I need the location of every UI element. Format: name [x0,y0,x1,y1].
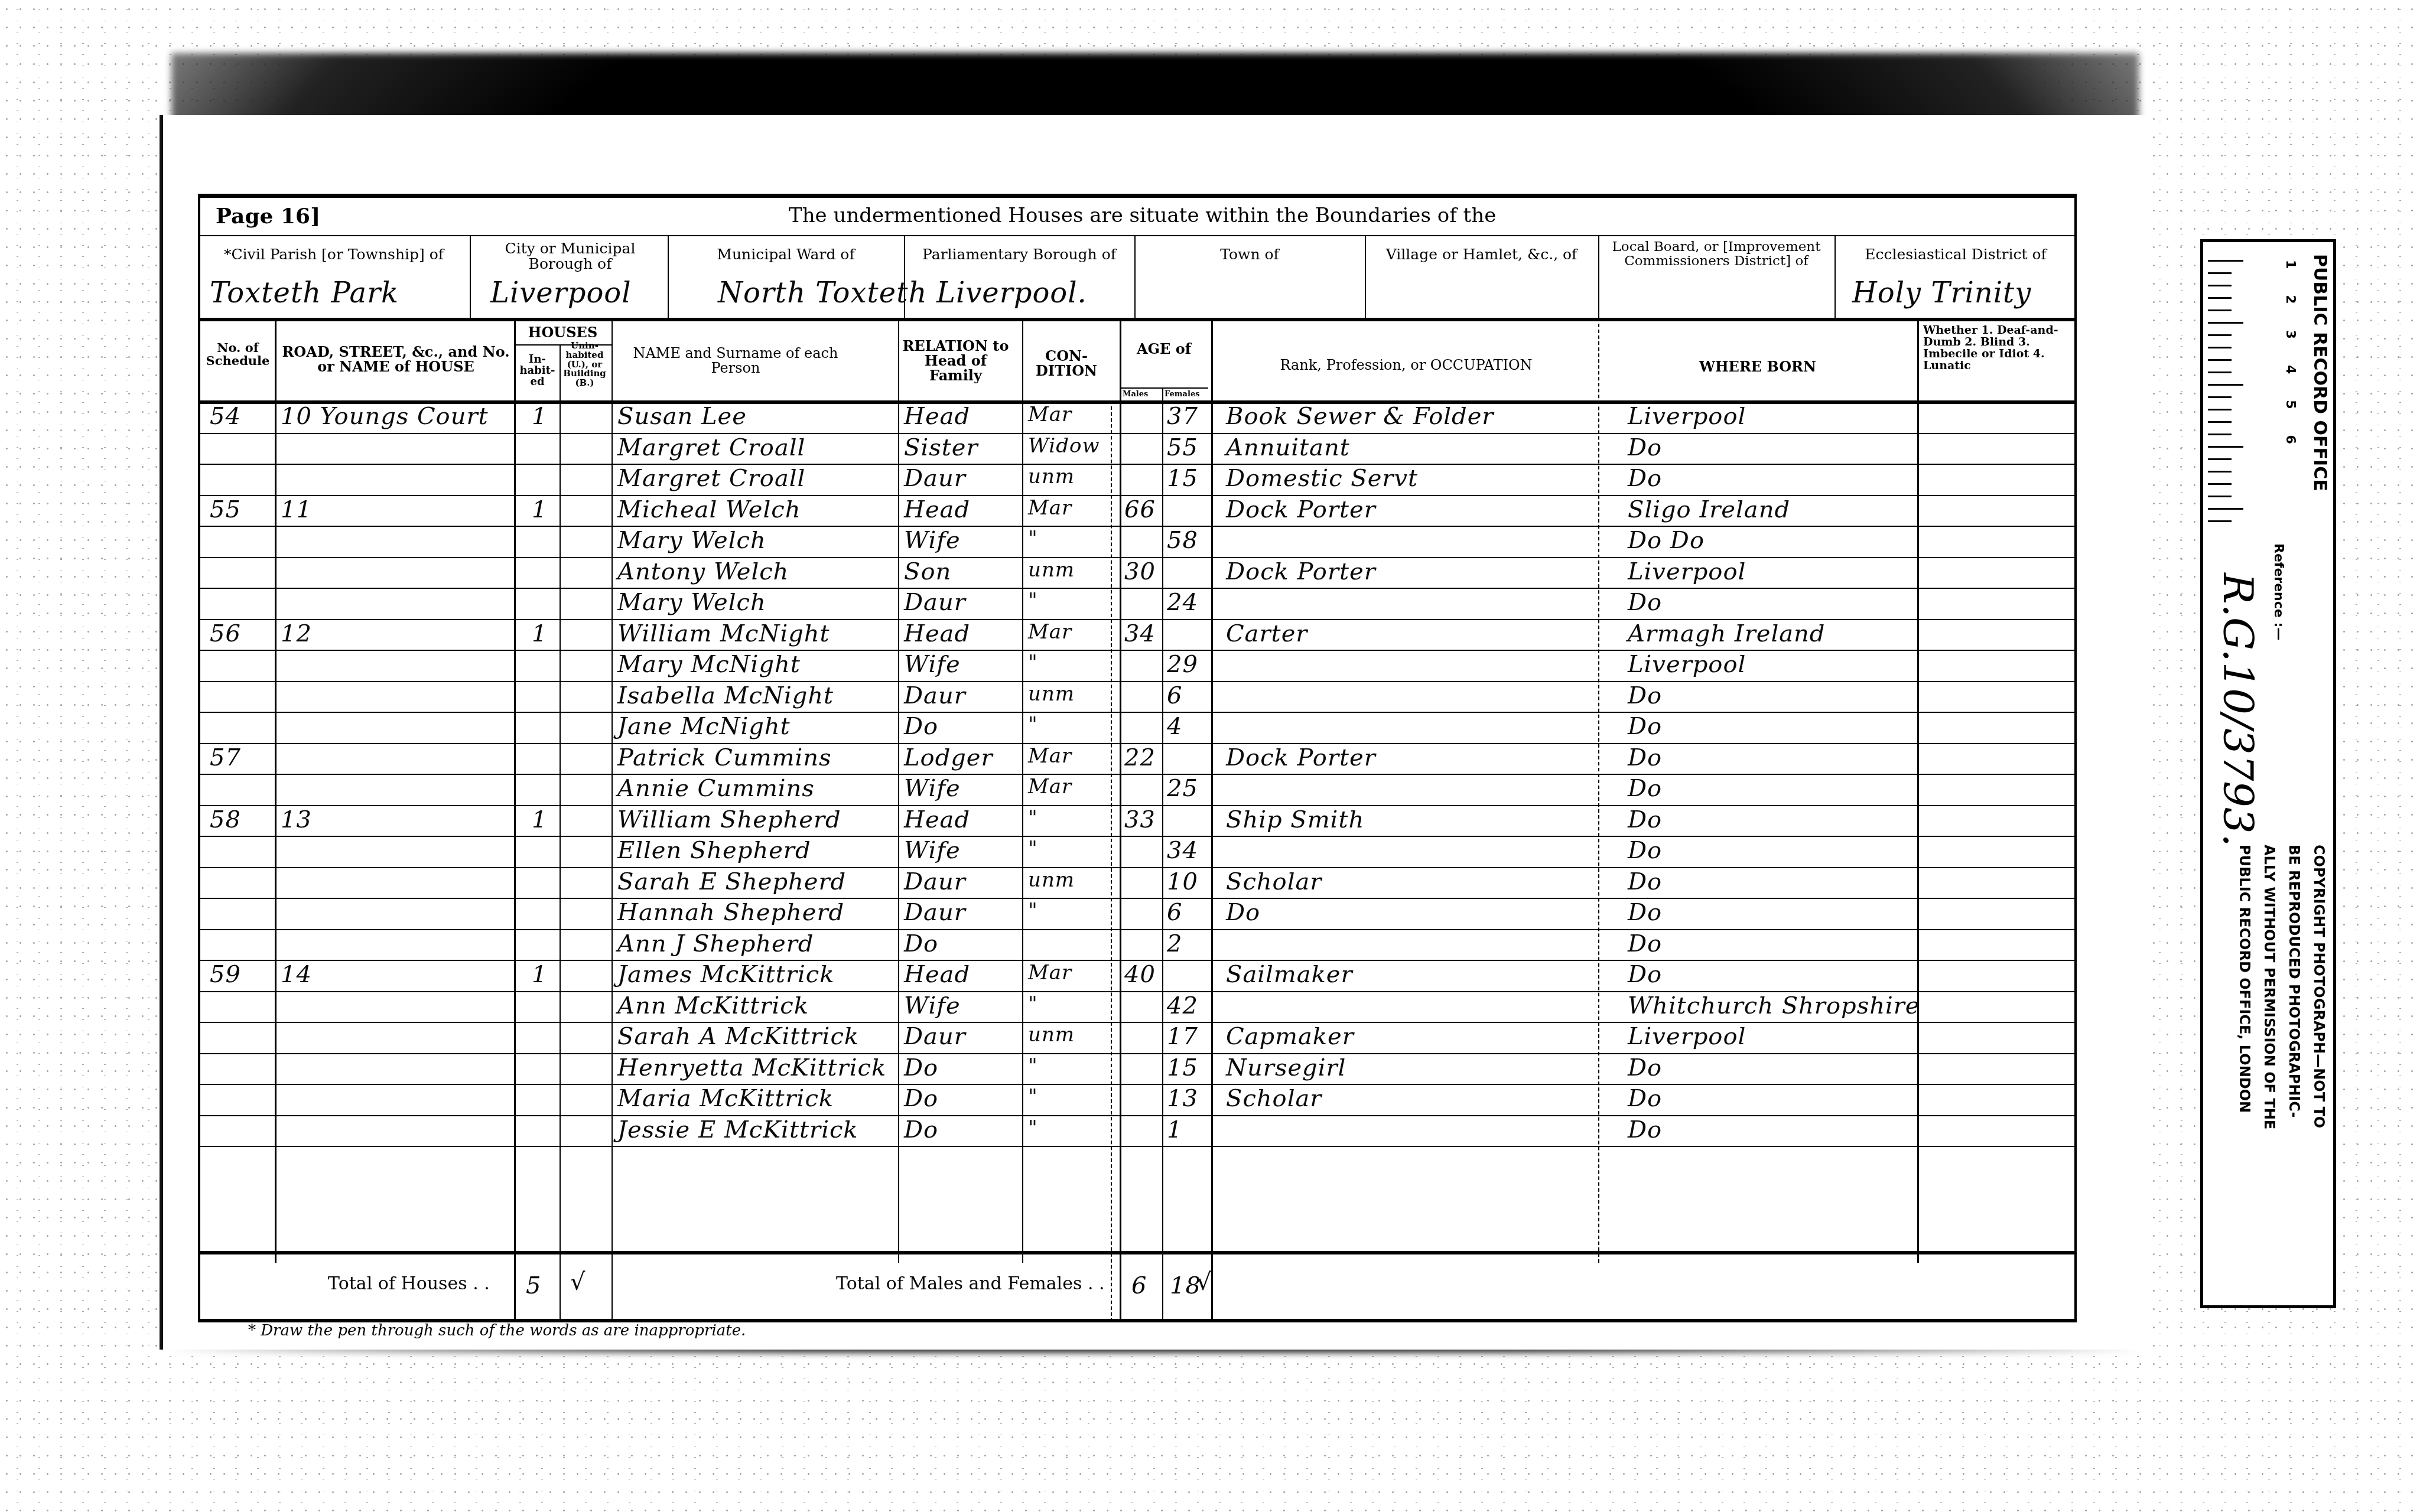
col-header-uninhabited: Unin-habited (U.), or Building (B.) [560,341,610,388]
ruler-tick [2208,372,2232,373]
ruler-tick [2208,396,2232,398]
total-houses-check: √ [570,1269,586,1296]
col-header-relation: RELATION to Head of Family [898,338,1013,383]
row-divider [198,464,2077,465]
pro-copyright-line: COPYRIGHT PHOTOGRAPH—NOT TO [2311,845,2327,1128]
row-condition: Mar [1028,403,1072,426]
row-name: Ellen Shepherd [617,837,811,864]
row-female-age: 10 [1167,868,1198,895]
ruler-tick [2208,446,2243,448]
row-divider [198,1084,2077,1085]
row-schedule: 56 [210,620,241,647]
boundary-value-parliamentary: Liverpool. [936,276,1087,309]
col-header-condition: CON-DITION [1025,348,1108,378]
row-divider [198,526,2077,527]
row-divider [198,650,2077,651]
ruler-tick [2208,297,2232,299]
row-name: Sarah E Shepherd [617,868,846,895]
total-males-value: 6 [1131,1272,1147,1299]
row-divider [198,867,2077,868]
divider [668,235,669,318]
row-female-age: 17 [1167,1023,1198,1050]
divider [470,235,471,318]
row-relation: Head [904,620,970,647]
boundary-value-parish: Toxteth Park [210,276,399,309]
divider [1211,318,1213,1322]
divider [198,318,2077,321]
row-occupation: Domestic Servt [1226,465,1418,492]
col-header-schedule: No. of Schedule [201,341,275,367]
row-name: Sarah A McKittrick [617,1023,859,1050]
ruler-tick [2208,309,2232,311]
row-condition: " [1028,713,1038,737]
row-relation: Daur [904,682,966,709]
row-where-born: Do [1628,682,1662,709]
divider [1162,387,1163,1322]
divider [898,318,899,1263]
pro-reference-value: R.G.10/3793. [2214,573,2262,847]
pro-copyright-line: ALLY WITHOUT PERMISSION OF THE [2261,845,2278,1129]
row-male-age: 66 [1124,496,1156,523]
row-where-born: Do [1628,465,1662,492]
row-name: Antony Welch [617,558,789,585]
row-condition: " [1028,651,1038,674]
ruler-tick [2208,508,2243,510]
row-where-born: Do Do [1628,527,1705,554]
row-female-age: 15 [1167,465,1198,492]
row-condition: unm [1028,558,1075,582]
row-relation: Head [904,961,970,988]
row-name: Mary McNight [617,651,801,678]
row-female-age: 34 [1167,837,1198,864]
row-name: Patrick Cummins [617,744,832,771]
col-header-infirmity: Whether 1. Deaf-and-Dumb 2. Blind 3. Imb… [1923,325,2071,372]
row-where-born: Do [1628,961,1662,988]
col-header-occupation: Rank, Profession, or OCCUPATION [1214,358,1598,373]
divider [1120,318,1121,1322]
row-name: William McNight [617,620,830,647]
row-divider [198,1022,2077,1023]
row-name: William Shepherd [617,806,841,833]
row-where-born: Do [1628,1085,1662,1112]
row-where-born: Do [1628,744,1662,771]
row-relation: Sister [904,434,978,461]
row-name: Margret Croall [617,465,805,492]
boundary-value-ecclesiastical: Holy Trinity [1852,276,2031,309]
row-divider [198,588,2077,589]
row-relation: Do [904,1085,938,1112]
row-condition: " [1028,837,1038,861]
row-female-age: 2 [1167,930,1182,957]
col-header-where-born: WHERE BORN [1598,359,1917,374]
row-divider [198,1053,2077,1054]
row-name: Ann J Shepherd [617,930,814,957]
row-relation: Do [904,1116,938,1143]
ruler-tick [2208,458,2232,460]
divider [1134,235,1136,318]
row-name: Mary Welch [617,589,766,616]
row-address: 13 [281,806,312,833]
row-relation: Head [904,806,970,833]
boundary-label-parliamentary: Parliamentary Borough of [907,247,1131,262]
row-condition: " [1028,589,1038,612]
row-female-age: 6 [1167,682,1182,709]
boundary-label-ecclesiastical: Ecclesiastical District of [1837,247,2074,262]
row-condition: unm [1028,1023,1075,1047]
row-condition: Mar [1028,961,1072,985]
row-divider [198,1146,2077,1147]
public-record-office-label: PUBLIC RECORD OFFICE 123456 Reference :—… [2200,239,2336,1308]
pro-scale-numbers: 123456 [2283,260,2298,470]
row-inhabited: 1 [532,961,547,988]
pro-title: PUBLIC RECORD OFFICE [2310,254,2330,491]
row-where-born: Do [1628,589,1662,616]
row-where-born: Do [1628,1116,1662,1143]
row-female-age: 29 [1167,651,1198,678]
ruler-tick [2208,483,2232,485]
ruler-tick [2208,421,2232,423]
row-condition: " [1028,806,1038,830]
row-relation: Wife [904,992,961,1019]
row-occupation: Do [1226,899,1260,926]
row-schedule: 58 [210,806,241,833]
census-form: Page 16] The undermentioned Houses are s… [198,194,2077,1325]
row-relation: Head [904,496,970,523]
row-where-born: Do [1628,930,1662,957]
row-female-age: 25 [1167,775,1198,802]
page-number: Page 16] [216,206,320,228]
row-where-born: Liverpool [1628,1023,1746,1050]
row-divider [198,712,2077,713]
row-condition: unm [1028,682,1075,706]
total-persons-check: √ [1196,1269,1212,1296]
ruler-tick [2208,496,2232,497]
col-header-houses: HOUSES [514,325,611,340]
row-female-age: 37 [1167,403,1198,430]
form-heading: The undermentioned Houses are situate wi… [789,206,1496,227]
row-condition: Mar [1028,744,1072,768]
row-occupation: Scholar [1226,868,1322,895]
row-name: Jessie E McKittrick [617,1116,858,1143]
footnote: * Draw the pen through such of the words… [248,1323,746,1339]
row-condition: " [1028,1085,1038,1109]
total-persons-label: Total of Males and Females . . [836,1275,1105,1293]
divider [1598,235,1599,318]
row-condition: Mar [1028,496,1072,520]
row-occupation: Dock Porter [1226,558,1376,585]
row-relation: Son [904,558,951,585]
row-relation: Wife [904,527,961,554]
row-divider [198,433,2077,434]
row-male-age: 40 [1124,961,1156,988]
row-divider [198,1115,2077,1116]
boundary-value-city: Liverpool [490,276,632,309]
ruler-tick [2208,409,2232,410]
row-name: Margret Croall [617,434,805,461]
row-where-born: Sligo Ireland [1628,496,1790,523]
divider [560,344,561,1322]
row-condition: " [1028,1054,1038,1078]
row-female-age: 13 [1167,1085,1198,1112]
row-address: 12 [281,620,312,647]
row-occupation: Carter [1226,620,1307,647]
divider [514,344,611,346]
row-address: 14 [281,961,312,988]
ruler-tick [2208,322,2243,324]
row-name: Hannah Shepherd [617,899,844,926]
row-relation: Do [904,930,938,957]
row-name: Jane McNight [617,713,791,740]
divider [1365,235,1366,318]
pro-reference-label: Reference :— [2271,543,2286,640]
row-occupation: Ship Smith [1226,806,1364,833]
row-name: James McKittrick [617,961,834,988]
row-inhabited: 1 [532,620,547,647]
row-name: Micheal Welch [617,496,801,523]
row-occupation: Annuitant [1226,434,1350,461]
row-name: Mary Welch [617,527,766,554]
row-female-age: 6 [1167,899,1182,926]
row-where-born: Whitchurch Shropshire [1628,992,1920,1019]
row-occupation: Sailmaker [1226,961,1353,988]
row-schedule: 55 [210,496,241,523]
row-name: Annie Cummins [617,775,815,802]
row-divider [198,681,2077,682]
row-where-born: Do [1628,868,1662,895]
row-name: Susan Lee [617,403,747,430]
row-occupation: Book Sewer & Folder [1226,403,1494,430]
ruler-tick [2208,347,2232,348]
row-condition: " [1028,992,1038,1016]
row-name: Ann McKittrick [617,992,809,1019]
divider [1111,400,1112,1322]
row-relation: Daur [904,465,966,492]
row-address: 10 Youngs Court [281,403,489,430]
row-relation: Daur [904,868,966,895]
boundary-label-local-board: Local Board, or [Improvement Commissione… [1601,240,1832,268]
row-male-age: 22 [1124,744,1156,771]
row-condition: Widow [1028,434,1100,458]
row-condition: Mar [1028,775,1072,799]
divider [1022,318,1023,1263]
row-where-born: Do [1628,806,1662,833]
col-header-females: Females [1165,390,1200,399]
divider [1598,318,1599,1263]
boundary-label-town: Town of [1137,247,1362,262]
divider [1917,318,1919,1263]
row-where-born: Do [1628,713,1662,740]
pro-copyright-line: PUBLIC RECORD OFFICE, LONDON [2236,845,2253,1113]
row-relation: Daur [904,899,966,926]
divider [275,318,277,1263]
row-relation: Do [904,1054,938,1081]
col-header-males: Males [1123,390,1148,399]
pro-copyright: COPYRIGHT PHOTOGRAPH—NOT TOBE REPRODUCED… [2203,833,2333,1305]
row-relation: Do [904,713,938,740]
total-houses-value: 5 [526,1272,541,1299]
col-header-age: AGE of [1120,341,1208,356]
col-header-address: ROAD, STREET, &c., and No. or NAME of HO… [275,344,517,374]
row-female-age: 15 [1167,1054,1198,1081]
divider [1120,387,1208,389]
row-male-age: 30 [1124,558,1156,585]
ruler-tick [2208,272,2232,274]
ruler-tick [2208,285,2232,286]
row-divider [198,898,2077,899]
row-relation: Daur [904,1023,966,1050]
row-female-age: 1 [1167,1116,1182,1143]
row-relation: Lodger [904,744,993,771]
row-male-age: 33 [1124,806,1156,833]
boundary-label-city: City or Municipal Borough of [476,241,665,272]
row-where-born: Liverpool [1628,558,1746,585]
pro-copyright-line: BE REPRODUCED PHOTOGRAPHIC- [2286,845,2302,1117]
row-where-born: Do [1628,775,1662,802]
boundary-label-village: Village or Hamlet, &c., of [1368,247,1595,262]
row-schedule: 57 [210,744,241,771]
row-where-born: Liverpool [1628,651,1746,678]
row-occupation: Dock Porter [1226,744,1376,771]
row-divider [198,929,2077,930]
row-relation: Wife [904,837,961,864]
col-header-inhabited: In-habit-ed [515,354,560,388]
divider [198,235,2077,236]
total-houses-label: Total of Houses . . [328,1275,490,1293]
row-female-age: 42 [1167,992,1198,1019]
row-schedule: 54 [210,403,241,430]
row-female-age: 24 [1167,589,1198,616]
boundary-label-parish: *Civil Parish [or Township] of [201,247,467,262]
row-female-age: 55 [1167,434,1198,461]
ruler-tick [2208,471,2232,472]
row-female-age: 58 [1167,527,1198,554]
ruler-tick [2208,434,2232,435]
row-name: Henryetta McKittrick [617,1054,886,1081]
ruler-tick [2208,520,2232,522]
divider [1834,235,1836,318]
ruler-tick [2208,260,2243,262]
boundary-value-ward: North Toxteth [718,276,927,309]
divider [514,318,516,1322]
row-where-born: Armagh Ireland [1628,620,1825,647]
row-occupation: Capmaker [1226,1023,1354,1050]
row-relation: Wife [904,651,961,678]
row-relation: Wife [904,775,961,802]
ruler-tick [2208,334,2232,336]
row-divider [198,774,2077,775]
row-where-born: Liverpool [1628,403,1746,430]
row-relation: Daur [904,589,966,616]
row-inhabited: 1 [532,806,547,833]
divider [198,1251,2077,1254]
row-condition: unm [1028,465,1075,488]
ruler-tick [2208,359,2232,361]
row-occupation: Scholar [1226,1085,1322,1112]
ruler-tick [2208,384,2243,386]
boundary-label-ward: Municipal Ward of [671,247,901,262]
row-female-age: 4 [1167,713,1182,740]
row-where-born: Do [1628,1054,1662,1081]
row-name: Isabella McNight [617,682,834,709]
row-where-born: Do [1628,434,1662,461]
row-male-age: 34 [1124,620,1156,647]
row-occupation: Nursegirl [1226,1054,1346,1081]
row-condition: unm [1028,868,1075,892]
row-condition: Mar [1028,620,1072,644]
row-condition: " [1028,899,1038,923]
row-schedule: 59 [210,961,241,988]
row-name: Maria McKittrick [617,1085,834,1112]
row-inhabited: 1 [532,496,547,523]
row-where-born: Do [1628,837,1662,864]
row-where-born: Do [1628,899,1662,926]
row-occupation: Dock Porter [1226,496,1376,523]
col-header-name: NAME and Surname of each Person [611,346,860,376]
row-divider [198,836,2077,837]
divider [611,318,613,1322]
row-condition: " [1028,527,1038,550]
row-relation: Head [904,403,970,430]
row-condition: " [1028,1116,1038,1140]
row-address: 11 [281,496,312,523]
row-inhabited: 1 [532,403,547,430]
